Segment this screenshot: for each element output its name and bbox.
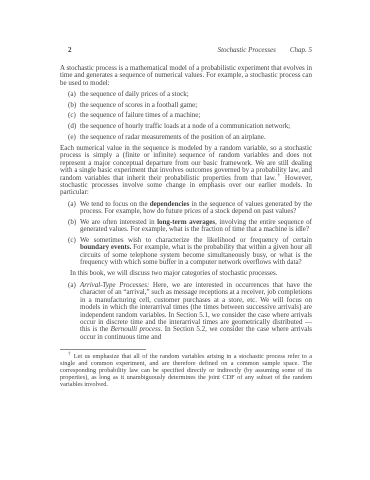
intro-paragraph: A stochastic process is a mathematical m… (60, 65, 312, 87)
list-item: (a) Arrival-Type Processes: Here, we are… (60, 282, 312, 341)
list-item: (d) the sequence of hourly traffic loads… (60, 123, 312, 130)
book-page: 2 Stochastic ProcessesChap. 5 A stochast… (0, 0, 370, 480)
list-item: (a) the sequence of daily prices of a st… (60, 91, 312, 98)
list-item: (b) the sequence of scores in a football… (60, 102, 312, 109)
list-item-label: (b) (60, 219, 80, 234)
list-item: (b) We are often interested in long-term… (60, 219, 312, 234)
list-item-label: (a) (60, 201, 80, 216)
list-item-text: the sequence of daily prices of a stock; (80, 91, 312, 98)
list-item-text: the sequence of radar measurements of th… (80, 134, 312, 141)
list-item: (c) We sometimes wish to characterize th… (60, 237, 312, 267)
running-title: Stochastic Processes (218, 46, 276, 54)
list-item-label: (e) (60, 134, 80, 141)
emphasis-points-list: (a) We tend to focus on the dependencies… (60, 201, 312, 267)
chapter-label: Chap. 5 (290, 46, 312, 54)
list-item-label: (b) (60, 102, 80, 109)
framework-paragraph: Each numerical value in the sequence is … (60, 145, 312, 197)
list-item-text: We tend to focus on the dependencies in … (80, 201, 312, 216)
page-number: 2 (60, 46, 72, 54)
footnote-paragraph: † Let us emphasize that all of the rando… (60, 354, 312, 389)
list-item: (e) the sequence of radar measurements o… (60, 134, 312, 141)
footnote-divider (60, 349, 146, 350)
list-item-text: Arrival-Type Processes: Here, we are int… (80, 282, 312, 341)
running-title-group: Stochastic ProcessesChap. 5 (218, 46, 312, 54)
page-header: 2 Stochastic ProcessesChap. 5 (60, 46, 312, 54)
list-item-text: the sequence of hourly traffic loads at … (80, 123, 312, 130)
list-item-text: We are often interested in long-term ave… (80, 219, 312, 234)
framework-text: Each numerical value in the sequence is … (60, 144, 312, 182)
list-item: (c) the sequence of failure times of a m… (60, 112, 312, 119)
list-item-label: (a) (60, 91, 80, 98)
list-item-label: (c) (60, 237, 80, 267)
category-points-list: (a) Arrival-Type Processes: Here, we are… (60, 282, 312, 341)
list-item: (a) We tend to focus on the dependencies… (60, 201, 312, 216)
list-item-label: (d) (60, 123, 80, 130)
categories-intro-paragraph: In this book, we will discuss two major … (70, 270, 312, 277)
footnote-text: Let us emphasize that all of the random … (60, 353, 312, 388)
list-item-label: (a) (60, 282, 80, 341)
list-item-label: (c) (60, 112, 80, 119)
model-examples-list: (a) the sequence of daily prices of a st… (60, 91, 312, 141)
list-item-text: the sequence of failure times of a machi… (80, 112, 312, 119)
list-item-text: We sometimes wish to characterize the li… (80, 237, 312, 267)
list-item-text: the sequence of scores in a football gam… (80, 102, 312, 109)
